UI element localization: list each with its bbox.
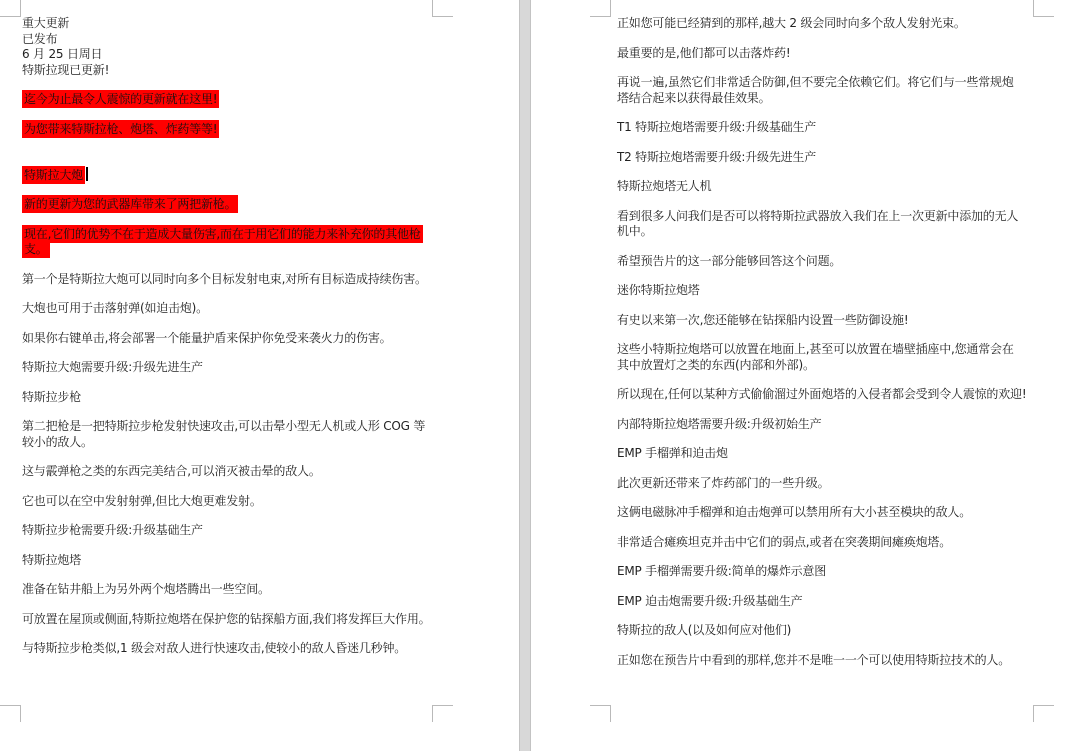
text-run[interactable]: 所以现在,任何以某种方式偷偷溜过外面炮塔的入侵者都会受到令人震惊的欢迎! xyxy=(617,387,1026,401)
highlighted-text[interactable]: 支。 xyxy=(22,240,50,258)
paragraph: 非常适合瘫痪坦克并击中它们的弱点,或者在突袭期间瘫痪炮塔。 xyxy=(617,535,1077,551)
text-run[interactable]: 特斯拉的敌人(以及如何应对他们) xyxy=(617,623,791,637)
text-run[interactable]: 非常适合瘫痪坦克并击中它们的弱点,或者在突袭期间瘫痪炮塔。 xyxy=(617,535,951,549)
text-line[interactable]: 机中。 xyxy=(617,224,1077,240)
paragraph: 为您带来特斯拉枪、炮塔、炸药等等! xyxy=(22,122,497,138)
paragraph: 这些小特斯拉炮塔可以放置在地面上,甚至可以放置在墙壁插座中,您通常会在其中放置灯… xyxy=(617,342,1077,373)
paragraph: 有史以来第一次,您还能够在钻探船内设置一些防御设施! xyxy=(617,313,1077,329)
highlighted-text[interactable]: 新的更新为您的武器库带来了两把新枪。 xyxy=(22,195,238,213)
text-line[interactable]: T2 特斯拉炮塔需要升级:升级先进生产 xyxy=(617,150,1077,166)
text-run[interactable]: 迷你特斯拉炮塔 xyxy=(617,283,700,297)
text-line[interactable]: 与特斯拉步枪类似,1 级会对敌人进行快速攻击,使较小的敌人昏迷几秒钟。 xyxy=(22,641,497,657)
paragraph: 特斯拉步枪 xyxy=(22,390,497,406)
text-run[interactable]: EMP 手榴弹和迫击炮 xyxy=(617,446,728,460)
text-line[interactable]: 非常适合瘫痪坦克并击中它们的弱点,或者在突袭期间瘫痪炮塔。 xyxy=(617,535,1077,551)
text-run[interactable]: 它也可以在空中发射射弹,但比大炮更难发射。 xyxy=(22,494,262,508)
text-run[interactable]: 其中放置灯之类的东西(内部和外部)。 xyxy=(617,358,815,372)
text-run[interactable]: 第一个是特斯拉大炮可以同时向多个目标发射电束,对所有目标造成持续伤害。 xyxy=(22,272,427,286)
paragraph: 现在,它们的优势不在于造成大量伤害,而在于用它们的能力来补充你的其他枪支。 xyxy=(22,227,497,258)
paragraph: 看到很多人问我们是否可以将特斯拉武器放入我们在上一次更新中添加的无人机中。 xyxy=(617,209,1077,240)
text-line[interactable]: 这与霰弹枪之类的东西完美结合,可以消灭被击晕的敌人。 xyxy=(22,464,497,480)
text-line[interactable]: 所以现在,任何以某种方式偷偷溜过外面炮塔的入侵者都会受到令人震惊的欢迎! xyxy=(617,387,1077,403)
text-line[interactable]: 已发布 xyxy=(22,32,497,48)
text-run[interactable]: 如果你右键单击,将会部署一个能量护盾来保护你免受来袭火力的伤害。 xyxy=(22,331,391,345)
text-line[interactable]: 迷你特斯拉炮塔 xyxy=(617,283,1077,299)
text-run[interactable]: 重大更新 xyxy=(22,16,69,30)
text-line[interactable]: 第二把枪是一把特斯拉步枪发射快速攻击,可以击晕小型无人机或人形 COG 等 xyxy=(22,419,497,435)
text-run[interactable]: 特斯拉大炮需要升级:升级先进生产 xyxy=(22,360,203,374)
text-run[interactable]: 与特斯拉步枪类似,1 级会对敌人进行快速攻击,使较小的敌人昏迷几秒钟。 xyxy=(22,641,406,655)
text-run[interactable]: EMP 迫击炮需要升级:升级基础生产 xyxy=(617,594,802,608)
text-run[interactable]: 看到很多人问我们是否可以将特斯拉武器放入我们在上一次更新中添加的无人 xyxy=(617,209,1018,223)
text-run[interactable]: 可放置在屋顶或侧面,特斯拉炮塔在保护您的钻探船方面,我们将发挥巨大作用。 xyxy=(22,612,430,626)
text-line[interactable]: 如果你右键单击,将会部署一个能量护盾来保护你免受来袭火力的伤害。 xyxy=(22,331,497,347)
paragraph: 特斯拉的敌人(以及如何应对他们) xyxy=(617,623,1077,639)
margin-corner-mark xyxy=(1033,0,1054,17)
text-line[interactable]: 大炮也可用于击落射弹(如迫击炮)。 xyxy=(22,301,497,317)
text-run[interactable]: 这与霰弹枪之类的东西完美结合,可以消灭被击晕的敌人。 xyxy=(22,464,321,478)
text-line[interactable]: 第一个是特斯拉大炮可以同时向多个目标发射电束,对所有目标造成持续伤害。 xyxy=(22,272,497,288)
paragraph: 与特斯拉步枪类似,1 级会对敌人进行快速攻击,使较小的敌人昏迷几秒钟。 xyxy=(22,641,497,657)
margin-corner-mark xyxy=(0,705,21,722)
paragraph: 大炮也可用于击落射弹(如迫击炮)。 xyxy=(22,301,497,317)
text-line[interactable]: 特斯拉的敌人(以及如何应对他们) xyxy=(617,623,1077,639)
text-run[interactable]: 希望预告片的这一部分能够回答这个问题。 xyxy=(617,254,841,268)
text-run[interactable]: EMP 手榴弹需要升级:简单的爆炸示意图 xyxy=(617,564,826,578)
text-line[interactable]: T1 特斯拉炮塔需要升级:升级基础生产 xyxy=(617,120,1077,136)
text-line[interactable]: EMP 手榴弹和迫击炮 xyxy=(617,446,1077,462)
page-1-text-area[interactable]: 重大更新已发布6 月 25 日周日特斯拉现已更新!迄今为止最令人震惊的更新就在这… xyxy=(22,16,497,671)
text-run[interactable]: 正如您可能已经猜到的那样,越大 2 级会同时向多个敌人发射光束。 xyxy=(617,16,966,30)
text-run[interactable]: 机中。 xyxy=(617,224,652,238)
text-run[interactable]: 这些小特斯拉炮塔可以放置在地面上,甚至可以放置在墙壁插座中,您通常会在 xyxy=(617,342,1014,356)
text-line[interactable]: 正如您可能已经猜到的那样,越大 2 级会同时向多个敌人发射光束。 xyxy=(617,16,1077,32)
text-line[interactable]: 其中放置灯之类的东西(内部和外部)。 xyxy=(617,358,1077,374)
text-run[interactable]: 内部特斯拉炮塔需要升级:升级初始生产 xyxy=(617,417,821,431)
text-run[interactable]: 准备在钻井船上为另外两个炮塔腾出一些空间。 xyxy=(22,582,270,596)
paragraph: 特斯拉大炮 xyxy=(22,167,497,184)
text-line[interactable]: 为您带来特斯拉枪、炮塔、炸药等等! xyxy=(22,122,497,138)
highlighted-text[interactable]: 为您带来特斯拉枪、炮塔、炸药等等! xyxy=(22,120,219,138)
text-line[interactable]: 特斯拉步枪需要升级:升级基础生产 xyxy=(22,523,497,539)
paragraph: 如果你右键单击,将会部署一个能量护盾来保护你免受来袭火力的伤害。 xyxy=(22,331,497,347)
paragraph: 正如您可能已经猜到的那样,越大 2 级会同时向多个敌人发射光束。 xyxy=(617,16,1077,32)
paragraph: 这与霰弹枪之类的东西完美结合,可以消灭被击晕的敌人。 xyxy=(22,464,497,480)
paragraph: 6 月 25 日周日 xyxy=(22,47,497,63)
text-line[interactable]: 内部特斯拉炮塔需要升级:升级初始生产 xyxy=(617,417,1077,433)
margin-corner-mark xyxy=(432,0,453,17)
margin-corner-mark xyxy=(0,0,21,17)
text-line[interactable]: 它也可以在空中发射射弹,但比大炮更难发射。 xyxy=(22,494,497,510)
text-run[interactable]: 这俩电磁脉冲手榴弹和迫击炮弹可以禁用所有大小甚至模块的敌人。 xyxy=(617,505,971,519)
text-run[interactable]: 正如您在预告片中看到的那样,您并不是唯一一个可以使用特斯拉技术的人。 xyxy=(617,653,1010,667)
paragraph: 希望预告片的这一部分能够回答这个问题。 xyxy=(617,254,1077,270)
text-run[interactable]: 特斯拉步枪 xyxy=(22,390,81,404)
text-line[interactable]: 现在,它们的优势不在于造成大量伤害,而在于用它们的能力来补充你的其他枪 xyxy=(22,227,497,243)
text-line[interactable]: 较小的敌人。 xyxy=(22,435,497,451)
text-line[interactable]: 特斯拉现已更新! xyxy=(22,63,497,79)
paragraph: EMP 手榴弹和迫击炮 xyxy=(617,446,1077,462)
page-2-text-area[interactable]: 正如您可能已经猜到的那样,越大 2 级会同时向多个敌人发射光束。最重要的是,他们… xyxy=(617,16,1077,682)
text-run[interactable]: 第二把枪是一把特斯拉步枪发射快速攻击,可以击晕小型无人机或人形 COG 等 xyxy=(22,419,425,433)
text-line[interactable]: 再说一遍,虽然它们非常适合防御,但不要完全依赖它们。将它们与一些常规炮 xyxy=(617,75,1077,91)
text-run[interactable]: 6 月 25 日周日 xyxy=(22,47,102,61)
text-line[interactable]: 特斯拉步枪 xyxy=(22,390,497,406)
paragraph: 特斯拉现已更新! xyxy=(22,63,497,79)
paragraph: 迄今为止最令人震惊的更新就在这里! xyxy=(22,92,497,108)
paragraph: EMP 手榴弹需要升级:简单的爆炸示意图 xyxy=(617,564,1077,580)
document-view: 重大更新已发布6 月 25 日周日特斯拉现已更新!迄今为止最令人震惊的更新就在这… xyxy=(0,0,1088,751)
text-line[interactable]: 迄今为止最令人震惊的更新就在这里! xyxy=(22,92,497,108)
page-1[interactable]: 重大更新已发布6 月 25 日周日特斯拉现已更新!迄今为止最令人震惊的更新就在这… xyxy=(0,0,519,751)
text-run[interactable]: 特斯拉步枪需要升级:升级基础生产 xyxy=(22,523,203,537)
text-run[interactable]: 再说一遍,虽然它们非常适合防御,但不要完全依赖它们。将它们与一些常规炮 xyxy=(617,75,1014,89)
text-line[interactable]: 特斯拉炮塔 xyxy=(22,553,497,569)
text-run[interactable]: 特斯拉炮塔无人机 xyxy=(617,179,711,193)
paragraph: 所以现在,任何以某种方式偷偷溜过外面炮塔的入侵者都会受到令人震惊的欢迎! xyxy=(617,387,1077,403)
paragraph: 第一个是特斯拉大炮可以同时向多个目标发射电束,对所有目标造成持续伤害。 xyxy=(22,272,497,288)
paragraph: 新的更新为您的武器库带来了两把新枪。 xyxy=(22,197,497,213)
text-line[interactable]: 支。 xyxy=(22,242,497,258)
paragraph: 迷你特斯拉炮塔 xyxy=(617,283,1077,299)
text-line[interactable]: 这俩电磁脉冲手榴弹和迫击炮弹可以禁用所有大小甚至模块的敌人。 xyxy=(617,505,1077,521)
text-run[interactable]: 特斯拉炮塔 xyxy=(22,553,81,567)
text-run[interactable]: T1 特斯拉炮塔需要升级:升级基础生产 xyxy=(617,120,816,134)
paragraph xyxy=(22,151,497,167)
margin-corner-mark xyxy=(590,0,611,17)
paragraph: 特斯拉大炮需要升级:升级先进生产 xyxy=(22,360,497,376)
text-line[interactable]: 希望预告片的这一部分能够回答这个问题。 xyxy=(617,254,1077,270)
page-2[interactable]: 正如您可能已经猜到的那样,越大 2 级会同时向多个敌人发射光束。最重要的是,他们… xyxy=(531,0,1088,751)
highlighted-text[interactable]: 迄今为止最令人震惊的更新就在这里! xyxy=(22,90,219,108)
text-line[interactable]: 最重要的是,他们都可以击落炸药! xyxy=(617,46,1077,62)
text-line[interactable]: 可放置在屋顶或侧面,特斯拉炮塔在保护您的钻探船方面,我们将发挥巨大作用。 xyxy=(22,612,497,628)
text-line[interactable]: 准备在钻井船上为另外两个炮塔腾出一些空间。 xyxy=(22,582,497,598)
text-line[interactable]: 特斯拉大炮 xyxy=(22,167,497,184)
text-line[interactable]: 重大更新 xyxy=(22,16,497,32)
text-run[interactable]: 特斯拉现已更新! xyxy=(22,63,109,77)
text-run[interactable]: 塔结合起来以获得最佳效果。 xyxy=(617,91,770,105)
paragraph: EMP 迫击炮需要升级:升级基础生产 xyxy=(617,594,1077,610)
text-line[interactable] xyxy=(22,151,497,167)
text-run[interactable]: 已发布 xyxy=(22,32,57,46)
paragraph: 正如您在预告片中看到的那样,您并不是唯一一个可以使用特斯拉技术的人。 xyxy=(617,653,1077,669)
page-gap xyxy=(519,0,531,751)
text-run[interactable]: 大炮也可用于击落射弹(如迫击炮)。 xyxy=(22,301,208,315)
paragraph: 特斯拉步枪需要升级:升级基础生产 xyxy=(22,523,497,539)
text-line[interactable]: 正如您在预告片中看到的那样,您并不是唯一一个可以使用特斯拉技术的人。 xyxy=(617,653,1077,669)
text-run[interactable]: 较小的敌人。 xyxy=(22,435,93,449)
paragraph: 最重要的是,他们都可以击落炸药! xyxy=(617,46,1077,62)
paragraph: 特斯拉炮塔无人机 xyxy=(617,179,1077,195)
margin-corner-mark xyxy=(1033,705,1054,722)
paragraph: 再说一遍,虽然它们非常适合防御,但不要完全依赖它们。将它们与一些常规炮塔结合起来… xyxy=(617,75,1077,106)
text-line[interactable]: 特斯拉炮塔无人机 xyxy=(617,179,1077,195)
highlighted-text[interactable]: 现在,它们的优势不在于造成大量伤害,而在于用它们的能力来补充你的其他枪 xyxy=(22,225,423,243)
text-run[interactable]: 此次更新还带来了炸药部门的一些升级。 xyxy=(617,476,829,490)
text-cursor xyxy=(86,167,88,181)
paragraph: 内部特斯拉炮塔需要升级:升级初始生产 xyxy=(617,417,1077,433)
text-run[interactable]: 最重要的是,他们都可以击落炸药! xyxy=(617,46,790,60)
paragraph: T2 特斯拉炮塔需要升级:升级先进生产 xyxy=(617,150,1077,166)
paragraph: 这俩电磁脉冲手榴弹和迫击炮弹可以禁用所有大小甚至模块的敌人。 xyxy=(617,505,1077,521)
paragraph: 重大更新 xyxy=(22,16,497,32)
text-line[interactable]: 看到很多人问我们是否可以将特斯拉武器放入我们在上一次更新中添加的无人 xyxy=(617,209,1077,225)
margin-corner-mark xyxy=(432,705,453,722)
paragraph: 此次更新还带来了炸药部门的一些升级。 xyxy=(617,476,1077,492)
text-run[interactable]: 有史以来第一次,您还能够在钻探船内设置一些防御设施! xyxy=(617,313,908,327)
text-line[interactable]: 有史以来第一次,您还能够在钻探船内设置一些防御设施! xyxy=(617,313,1077,329)
paragraph: 可放置在屋顶或侧面,特斯拉炮塔在保护您的钻探船方面,我们将发挥巨大作用。 xyxy=(22,612,497,628)
paragraph: 已发布 xyxy=(22,32,497,48)
text-line[interactable]: 这些小特斯拉炮塔可以放置在地面上,甚至可以放置在墙壁插座中,您通常会在 xyxy=(617,342,1077,358)
paragraph: 第二把枪是一把特斯拉步枪发射快速攻击,可以击晕小型无人机或人形 COG 等较小的… xyxy=(22,419,497,450)
text-line[interactable]: 此次更新还带来了炸药部门的一些升级。 xyxy=(617,476,1077,492)
text-line[interactable]: 新的更新为您的武器库带来了两把新枪。 xyxy=(22,197,497,213)
text-line[interactable]: 特斯拉大炮需要升级:升级先进生产 xyxy=(22,360,497,376)
text-line[interactable]: 6 月 25 日周日 xyxy=(22,47,497,63)
margin-corner-mark xyxy=(590,705,611,722)
text-line[interactable]: 塔结合起来以获得最佳效果。 xyxy=(617,91,1077,107)
highlighted-text[interactable]: 特斯拉大炮 xyxy=(22,166,85,184)
paragraph: 它也可以在空中发射射弹,但比大炮更难发射。 xyxy=(22,494,497,510)
text-line[interactable]: EMP 迫击炮需要升级:升级基础生产 xyxy=(617,594,1077,610)
paragraph: 准备在钻井船上为另外两个炮塔腾出一些空间。 xyxy=(22,582,497,598)
paragraph: 特斯拉炮塔 xyxy=(22,553,497,569)
text-run[interactable]: T2 特斯拉炮塔需要升级:升级先进生产 xyxy=(617,150,816,164)
text-line[interactable]: EMP 手榴弹需要升级:简单的爆炸示意图 xyxy=(617,564,1077,580)
paragraph: T1 特斯拉炮塔需要升级:升级基础生产 xyxy=(617,120,1077,136)
